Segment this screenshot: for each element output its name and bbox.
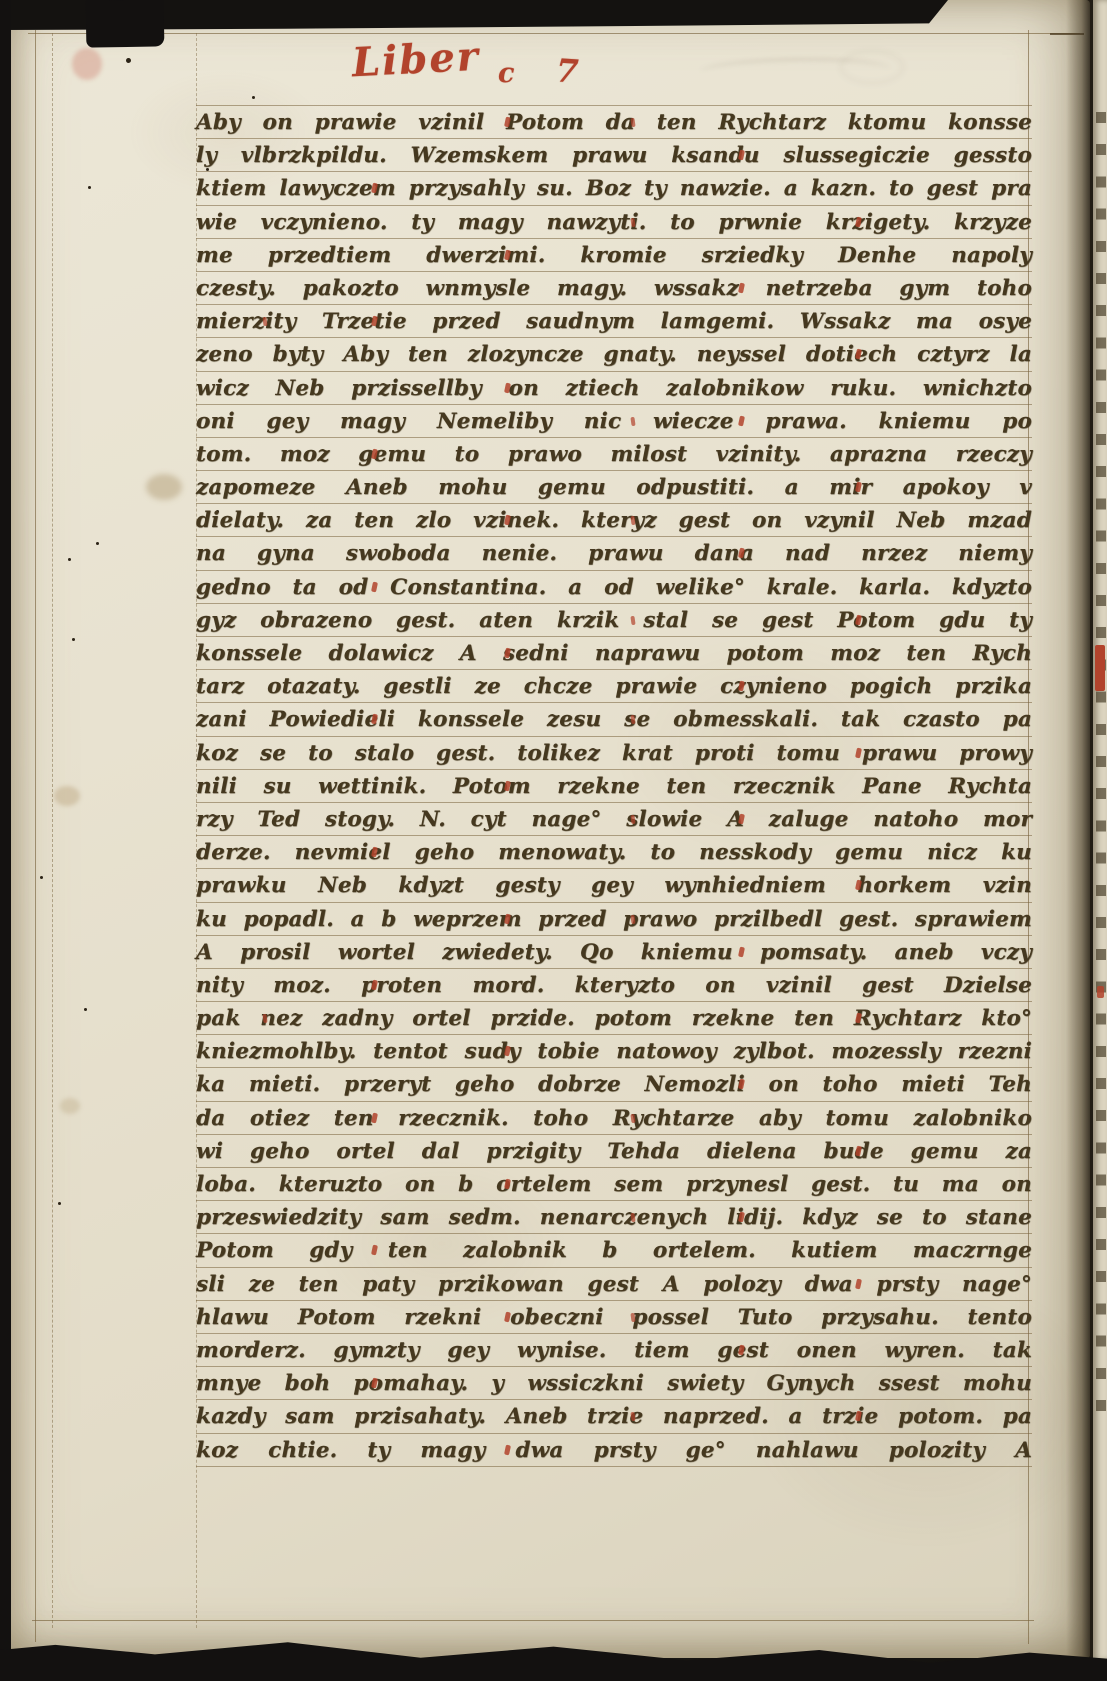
ink-spot: [40, 876, 43, 879]
ink-spot: [252, 96, 255, 99]
manuscript-line: wi geho ortel dal przigity Tehda dielena…: [196, 1135, 1032, 1168]
running-header-chapter-number: 7: [555, 51, 580, 90]
manuscript-line: kazdy sam przisahaty. Aneb trzie naprzed…: [196, 1400, 1032, 1433]
manuscript-line: dielaty. za ten zlo vzinek. kteryz gest …: [196, 504, 1032, 537]
bleed-through-mark: [840, 50, 904, 84]
manuscript-line: kniezmohlby. tentot sudy tobie natowoy z…: [196, 1035, 1032, 1068]
manuscript-line: mnye boh pomahay. y wssiczkni swiety Gyn…: [196, 1367, 1032, 1400]
manuscript-line: A prosil wortel zwiedety. Qo kniemu poms…: [196, 936, 1032, 969]
manuscript-line: morderz. gymzty gey wynise. tiem gest on…: [196, 1334, 1032, 1367]
manuscript-line: zeno byty Aby ten zlozyncze gnaty. neyss…: [196, 338, 1032, 371]
manuscript-line: koz se to stalo gest. tolikez krat proti…: [196, 737, 1032, 770]
manuscript-line: hlawu Potom rzekni obeczni possel Tuto p…: [196, 1301, 1032, 1334]
scan-background-left: [0, 0, 11, 1681]
ruling-bottom-line: [32, 1620, 1034, 1621]
manuscript-line: Aby on prawie vzinil Potom da ten Rychta…: [196, 106, 1032, 139]
facing-page-red-initial: [1095, 645, 1105, 691]
manuscript-line: derze. nevmiel geho menowaty. to nesskod…: [196, 836, 1032, 869]
manuscript-line: koz chtie. ty magy dwa prsty ge° nahlawu…: [196, 1434, 1032, 1467]
manuscript-line: konssele dolawicz A sedni naprawu potom …: [196, 637, 1032, 670]
facing-page-red-mark: [1097, 986, 1104, 998]
manuscript-line: przeswiedzity sam sedm. nenarczenych lid…: [196, 1201, 1032, 1234]
facing-page-edge: [1093, 0, 1107, 1660]
manuscript-line: ku popadl. a b weprzem przed prawo przil…: [196, 903, 1032, 936]
brown-stain: [54, 786, 80, 806]
ruling-left-outer-line: [35, 30, 36, 1642]
ink-spot: [84, 1008, 87, 1011]
manuscript-page: Liber c 7 Aby on prawie vzinil Potom da …: [10, 0, 1090, 1658]
manuscript-line: na gyna swoboda nenie. prawu dana nad nr…: [196, 537, 1032, 570]
manuscript-line: ka mieti. przeryt geho dobrze Nemozli on…: [196, 1068, 1032, 1101]
running-header-liber: Liber: [351, 33, 481, 87]
ink-spot: [68, 558, 71, 561]
manuscript-line: tom. moz gemu to prawo milost vzinity. a…: [196, 438, 1032, 471]
manuscript-line: czesty. pakozto wnmysle magy. wssakz net…: [196, 272, 1032, 305]
ruling-left-inner-line: [52, 33, 54, 1628]
manuscript-line: ktiem lawyczem przysahly su. Boz ty nawz…: [196, 172, 1032, 205]
pink-stain: [72, 48, 102, 80]
manuscript-line: zapomeze Aneb mohu gemu odpustiti. a mir…: [196, 471, 1032, 504]
manuscript-line: prawku Neb kdyzt gesty gey wynhiedniem h…: [196, 869, 1032, 902]
book-gutter-shadow: [1066, 0, 1094, 1681]
manuscript-photo: Liber c 7 Aby on prawie vzinil Potom da …: [0, 0, 1107, 1681]
manuscript-line: zani Powiedieli konssele zesu se obmessk…: [196, 703, 1032, 736]
manuscript-line: wicz Neb przissellby on ztiech zalobniko…: [196, 372, 1032, 405]
manuscript-line: loba. kteruzto on b ortelem sem przynesl…: [196, 1168, 1032, 1201]
manuscript-line: me przedtiem dwerzimi. kromie srziedky D…: [196, 239, 1032, 272]
manuscript-line: Potom gdy ten zalobnik b ortelem. kutiem…: [196, 1234, 1032, 1267]
manuscript-line: pak nez zadny ortel przide. potom rzekne…: [196, 1002, 1032, 1035]
manuscript-line: da otiez ten rzecznik. toho Rychtarze ab…: [196, 1102, 1032, 1135]
manuscript-line: oni gey magy Nemeliby nic wiecze prawa. …: [196, 405, 1032, 438]
ink-spot: [96, 542, 99, 545]
manuscript-line: tarz otazaty. gestli ze chcze prawie czy…: [196, 670, 1032, 703]
manuscript-text-block: Aby on prawie vzinil Potom da ten Rychta…: [196, 105, 1032, 1467]
manuscript-line: nity moz. proten mord. kteryzto on vzini…: [196, 969, 1032, 1002]
ink-spot: [88, 186, 91, 189]
manuscript-line: ly vlbrzkpildu. Wzemskem prawu ksandu sl…: [196, 139, 1032, 172]
manuscript-line: nili su wettinik. Potom rzekne ten rzecz…: [196, 770, 1032, 803]
ink-spot: [72, 638, 75, 641]
manuscript-line: sli ze ten paty przikowan gest A polozy …: [196, 1268, 1032, 1301]
manuscript-line: wie vczynieno. ty magy nawzyti. to prwni…: [196, 206, 1032, 239]
manuscript-line: mierzity Trzetie przed saudnym lamgemi. …: [196, 305, 1032, 338]
facing-page-text-edge: [1096, 112, 1106, 1422]
manuscript-line: gedno ta od Constantina. a od welike° kr…: [196, 571, 1032, 604]
manuscript-line: rzy Ted stogy. N. cyt nage° slowie A zal…: [196, 803, 1032, 836]
ink-spot: [58, 1202, 61, 1205]
ink-spot: [126, 58, 131, 63]
manuscript-line: gyz obrazeno gest. aten krzik stal se ge…: [196, 604, 1032, 637]
scan-background-notch: [86, 0, 165, 48]
running-header-chapter-letter: c: [498, 58, 514, 89]
ruling-top-line: [28, 33, 1080, 34]
brown-stain: [146, 474, 182, 500]
brown-stain: [60, 1098, 80, 1114]
